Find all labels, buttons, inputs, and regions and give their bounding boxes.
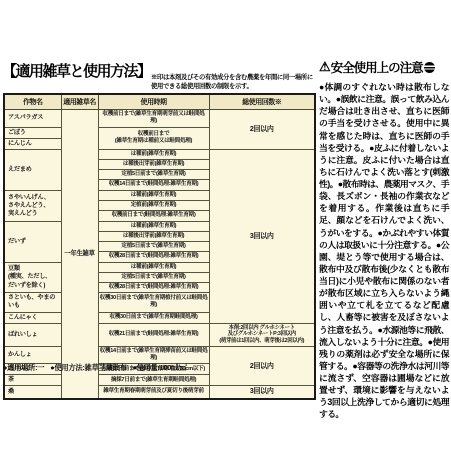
warning-triangle-icon: ⚠	[319, 59, 330, 75]
period-cell: 定植前(雑草生育期)	[98, 200, 209, 210]
footer-item: ●使用量:100㎖/㎡	[132, 363, 186, 372]
period-cell: 収穫14日前まで(雑草生育期挿苗前又は畦間処理)	[98, 346, 209, 364]
safety-section-header: ⚠ 安全使用上の注意	[319, 58, 449, 76]
safety-section: ⚠ 安全使用上の注意 ●体調のすぐれない時は散布しない。●誤飲に注意。誤って飲み…	[319, 58, 449, 421]
footer-item: ●使用方法:雑草茎葉散布	[50, 363, 126, 372]
period-cell: は種前(雑草生育期)	[98, 149, 209, 159]
usage-count-note: ※印は本剤及びその有効成分を含む農薬を年間に同一場所に使用できる総使用回数の制限…	[151, 74, 315, 91]
table-row: アスパラガス一年生雑草収穫前日まで(雑草生育期萌芽前又は畦間処理)2回以内	[4, 110, 315, 128]
period-cell: は種後出芽前(雑草生育期)	[98, 159, 209, 169]
safety-section-title: 安全使用上の注意	[331, 58, 423, 76]
column-header: 使用時期	[98, 94, 209, 110]
period-cell: 収穫30日前まで(雑草生育期植付前又は畦間処理)	[98, 293, 209, 312]
footer-item: ●適用場所:一	[3, 363, 44, 372]
count-cell: 本剤:2回以内 グルホシネート 及びグルホシネートP:3回以内 (萌芽前は1回以…	[209, 323, 315, 346]
table-row: かんしょ収穫14日前まで(雑草生育期挿苗前又は畦間処理)2回以内	[4, 346, 315, 364]
period-cell: 収穫28日前まで(畦間処理:雑草生育期)	[98, 283, 209, 293]
period-cell: 収穫14日前まで(畦間処理:雑草生育期)	[98, 180, 209, 190]
safety-body-text: ●体調のすぐれない時は散布しない。●誤飲に注意。誤って飲み込んだ場合は吐き出させ…	[319, 81, 449, 421]
usage-table-head: 作物名適用雑草名使用時期総使用回数※	[4, 94, 315, 110]
crop-cell: 桑	[4, 386, 61, 399]
crop-cell: 茶	[4, 375, 61, 386]
count-cell: 2回以内	[209, 346, 315, 386]
period-cell: は種前(雑草生育期)	[98, 221, 209, 231]
period-cell: 定植5日前まで(雑草生育期)	[98, 242, 209, 252]
period-cell: 収穫前日まで (雑草生育期は種前又は畦間処理)	[98, 127, 209, 149]
table-row: 桑雑草生育期春期萌芽前及び夏切り後萌芽前3回以内	[4, 386, 315, 399]
table-row: えだまめは種前(雑草生育期)3回以内	[4, 149, 315, 159]
caution-badge-icon	[424, 62, 435, 73]
period-cell: 収穫前日まで(雑草生育期萌芽前又は畦間処理)	[98, 110, 209, 128]
crop-cell: ごぼう	[4, 127, 61, 138]
count-cell: 3回以内	[209, 386, 315, 399]
label-scan-page: 【適用雑草と使用方法】 ※印は本剤及びその有効成分を含む農薬を年間に同一場所に使…	[0, 0, 451, 451]
period-cell: 定植5日前まで(雑草生育期)	[98, 272, 209, 282]
usage-table: 作物名適用雑草名使用時期総使用回数※ アスパラガス一年生雑草収穫前日まで(雑草生…	[3, 93, 316, 400]
crop-cell: アスパラガス	[4, 110, 61, 128]
period-cell: 収穫28日前まで(畦間処理:雑草生育期)	[98, 252, 209, 262]
period-cell: 収穫30日前まで(雑草生育期畦間処理)	[98, 312, 209, 323]
column-header: 総使用回数※	[209, 94, 315, 110]
crop-cell: ばれいしょ	[4, 323, 61, 346]
crop-cell: さといも、やまのいも	[4, 293, 61, 312]
period-cell: は種前(雑草生育期)	[98, 190, 209, 200]
period-cell: 摘採7日前まで(雑草生育期畦間処理)	[98, 375, 209, 386]
usage-footer: ●適用場所:一●使用方法:雑草茎葉散布●使用量:100㎖/㎡	[3, 363, 193, 373]
period-cell: 雑草生育期春期萌芽前及び夏切り後萌芽前	[98, 386, 209, 399]
crop-cell: かんしょ	[4, 346, 61, 364]
weed-cell: 一年生雑草	[61, 110, 98, 399]
period-cell: 収穫21日前まで(畦間処理:雑草生育期)	[98, 323, 209, 346]
column-header: 作物名	[4, 94, 61, 110]
crop-cell: さやいんげん、 さやえんどう、 実えんどう	[4, 190, 61, 221]
period-cell: は種前(雑草生育期)	[98, 262, 209, 272]
period-cell: 収穫前日まで(畦間処理:雑草生育期)	[98, 211, 209, 221]
count-cell: 2回以内	[209, 110, 315, 150]
period-cell: 定植5日前まで(雑草生育期)	[98, 170, 209, 180]
crop-cell: にんじん	[4, 138, 61, 149]
count-cell: 3回以内	[209, 149, 315, 323]
usage-table-body: アスパラガス一年生雑草収穫前日まで(雑草生育期萌芽前又は畦間処理)2回以内ごぼう…	[4, 110, 315, 399]
crop-cell: だいず	[4, 221, 61, 262]
crop-cell: 豆類 (種実、ただし、 だいずを除く)	[4, 262, 61, 293]
table-row: ばれいしょ収穫21日前まで(畦間処理:雑草生育期)本剤:2回以内 グルホシネート…	[4, 323, 315, 346]
crop-cell: えだまめ	[4, 149, 61, 190]
usage-section-title: 【適用雑草と使用方法】	[2, 60, 151, 81]
period-cell: は種後出芽前(雑草生育期)	[98, 231, 209, 241]
crop-cell: こんにゃく	[4, 312, 61, 323]
column-header: 適用雑草名	[61, 94, 98, 110]
